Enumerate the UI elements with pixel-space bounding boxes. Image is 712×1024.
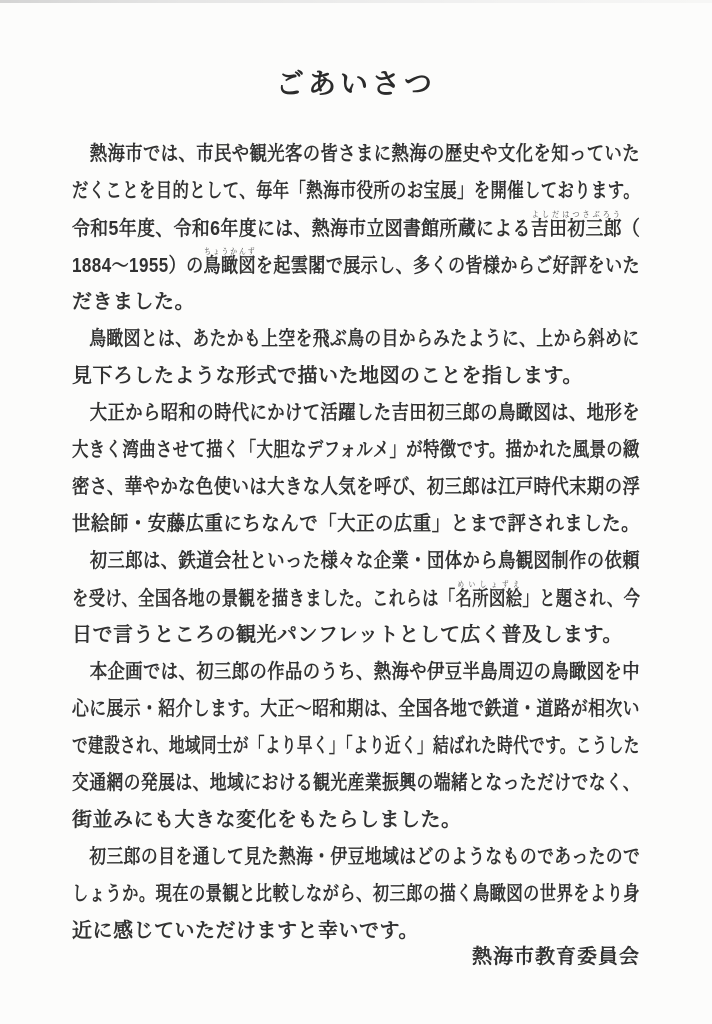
text-line: だきました。	[72, 284, 640, 321]
document-page: ごあいさつ 熱海市では、市民や観光客の皆さまに熱海の歴史や文化を知っていただくこ…	[0, 0, 712, 1024]
ruby-annotated-text: 鳥瞰図ちょうかんず	[204, 255, 256, 277]
text-line: 密さ、華やかな色使いは大きな人気を呼び、初三郎は江戸時代末期の浮	[72, 469, 565, 506]
paragraph: 鳥瞰図とは、あたかも上空を飛ぶ鳥の目からみたように、上から斜めに見下ろしたような…	[72, 321, 640, 395]
text-line: 見下ろしたような形式で描いた地図のことを指します。	[72, 358, 640, 395]
ruby-annotated-text: 名所図絵めいしょずえ	[456, 588, 523, 610]
paragraph: 大正から昭和の時代にかけて活躍した吉田初三郎の鳥瞰図は、地形を大きく湾曲させて描…	[72, 395, 640, 543]
text-line: しょうか。現在の景観と比較しながら、初三郎の描く鳥瞰図の世界をより身	[72, 876, 535, 913]
paragraph: 熱海市では、市民や観光客の皆さまに熱海の歴史や文化を知っていただくことを目的とし…	[72, 136, 640, 321]
text-line: で建設され、地域同士が「より早く」「より近く」結ばれた時代です。こうした	[72, 728, 515, 765]
text-line: 心に展示・紹介します。大正〜昭和期は、全国各地で鉄道・道路が相次い	[72, 691, 550, 728]
text-line: 令和5年度、令和6年度には、熱海市立図書館所蔵による吉田初三郎よしだはつさぶろう…	[72, 210, 578, 247]
text-line: 日で言うところの観光パンフレットとして広く普及します。	[72, 617, 640, 654]
text-line: 大きく湾曲させて描く「大胆なデフォルメ」が特徴です。描かれた風景の緻	[72, 432, 537, 469]
text-line: 鳥瞰図とは、あたかも上空を飛ぶ鳥の目からみたように、上から斜めに	[72, 321, 549, 358]
page-top-edge	[0, 0, 712, 3]
text-line: 本企画では、初三郎の作品のうち、熱海や伊豆半島周辺の鳥瞰図を中	[72, 654, 564, 691]
text-line: を受け、全国各地の景観を描きました。これらは「名所図絵めいしょずえ」と題され、今	[72, 580, 535, 617]
paragraph: 初三郎の目を通して見た熱海・伊豆地域はどのようなものであったのでしょうか。現在の…	[72, 839, 640, 950]
body-text: 熱海市では、市民や観光客の皆さまに熱海の歴史や文化を知っていただくことを目的とし…	[72, 136, 640, 950]
paragraph: 本企画では、初三郎の作品のうち、熱海や伊豆半島周辺の鳥瞰図を中心に展示・紹介しま…	[72, 654, 640, 839]
text-line: 初三郎は、鉄道会社といった様々な企業・団体から鳥観図制作の依頼	[72, 543, 564, 580]
text-line: 初三郎の目を通して見た熱海・伊豆地域はどのようなものであったので	[72, 839, 549, 876]
text-line: 熱海市では、市民や観光客の皆さまに熱海の歴史や文化を知っていた	[72, 136, 564, 173]
text-line: 世絵師・安藤広重にちなんで「大正の広重」とまで評されました。	[72, 506, 597, 543]
text-line: 交通網の発展は、地域における観光産業振興の端緒となっただけでなく、	[72, 765, 549, 802]
text-line: 大正から昭和の時代にかけて活躍した吉田初三郎の鳥瞰図は、地形を	[72, 395, 564, 432]
ruby-annotated-text: 吉田初三郎よしだはつさぶろう	[531, 218, 622, 240]
text-line: だくことを目的として、毎年「熱海市役所のお宝展」を開催しております。	[72, 173, 536, 210]
page-title: ごあいさつ	[0, 0, 712, 104]
paragraph: 初三郎は、鉄道会社といった様々な企業・団体から鳥観図制作の依頼を受け、全国各地の…	[72, 543, 640, 654]
text-line: 街並みにも大きな変化をもたらしました。	[72, 802, 640, 839]
text-line: 1884〜1955）の鳥瞰図ちょうかんずを起雲閣で展示し、多くの皆様からご好評を…	[72, 247, 556, 284]
